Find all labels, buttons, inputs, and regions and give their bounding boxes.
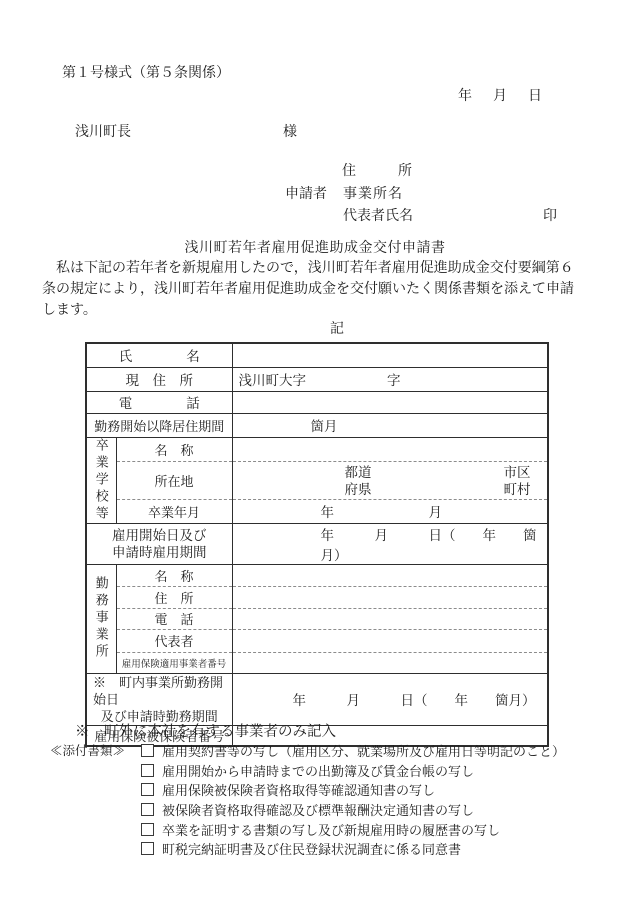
body-line: 条の規定により，浅川町若年者雇用促進助成金を交付願いたく関係書類を添えて申請 xyxy=(42,279,590,300)
date-month-label: 月 xyxy=(493,85,507,105)
representative-name-label: 代表者氏名 xyxy=(343,205,413,225)
town-office-start-label-cell: ※ 町内事業所勤務開始日 及び申請時勤務期間 xyxy=(86,673,232,725)
current-address-value-cell: 浅川町大字 字 xyxy=(232,367,548,391)
applicant-address-label: 住 所 xyxy=(342,160,412,180)
employment-start-label-cell: 雇用開始日及び 申請時雇用期間 xyxy=(86,523,232,564)
residence-period-label-cell: 勤務開始以降居住期間 xyxy=(86,413,232,437)
employment-start-label-line1: 雇用開始日及び xyxy=(87,527,232,544)
office-phone-label-cell: 電 話 xyxy=(116,608,232,629)
attachment-item-label: 卒業を証明する書類の写し及び新規雇用時の履歴書の写し xyxy=(162,820,500,839)
attachment-row: 町税完納証明書及び住民登録状況調査に係る同意書 xyxy=(50,839,565,859)
attachment-item-label: 被保険者資格取得確認及び標準報酬決定通知書の写し xyxy=(162,800,474,819)
attachments-heading: ≪添付書類≫ xyxy=(50,741,141,759)
insurance-office-number-value-cell xyxy=(232,652,548,673)
checkbox-icon[interactable] xyxy=(141,783,154,796)
addressee-honorific: 様 xyxy=(283,121,297,141)
applicant-line: 申請者 事業所名 xyxy=(285,183,403,203)
current-address-label-cell: 現 住 所 xyxy=(86,367,232,391)
body-line: します。 xyxy=(42,300,590,321)
office-representative-label-cell: 代表者 xyxy=(116,629,232,652)
school-location-label-cell: 所在地 xyxy=(116,461,232,500)
municipality-placeholder: 市区 町村 xyxy=(504,464,531,498)
attachment-item-label: 雇用開始から申請時までの出勤簿及び賃金台帳の写し xyxy=(162,761,474,780)
document-title: 浅川町若年者雇用促進助成金交付申請書 xyxy=(0,237,630,257)
checkbox-icon[interactable] xyxy=(141,823,154,836)
applicant-label: 申請者 xyxy=(285,183,327,203)
attachment-row: 被保険者資格取得確認及び標準報酬決定通知書の写し xyxy=(50,800,565,820)
application-form-page: 第１号様式（第５条関係） 年 月 日 浅川町長 様 住 所 申請者 事業所名 代… xyxy=(0,0,630,903)
graduation-date-value-cell: 年 月 xyxy=(232,500,548,523)
town-office-start-label-line1: ※ 町内事業所勤務開始日 xyxy=(87,674,232,708)
addressee-line: 浅川町長 様 xyxy=(75,121,297,141)
school-name-value-cell xyxy=(232,437,548,461)
outside-town-note: ※ 町外に本社を有する事業者のみ記入 xyxy=(75,720,336,741)
attachment-row: ≪添付書類≫ 雇用契約書等の写し（雇用区分、就業場所及び雇用日等明記のこと） xyxy=(50,741,565,761)
graduated-school-section-header: 卒業学校等 xyxy=(86,437,116,523)
form-number: 第１号様式（第５条関係） xyxy=(62,62,230,82)
office-address-label-cell: 住 所 xyxy=(116,586,232,608)
attachment-item-label: 雇用契約書等の写し（雇用区分、就業場所及び雇用日等明記のこと） xyxy=(162,741,565,760)
name-label-cell: 氏 名 xyxy=(86,343,232,367)
addressee-name: 浅川町長 xyxy=(75,121,131,141)
employment-start-label-line2: 申請時雇用期間 xyxy=(87,544,232,561)
date-year-label: 年 xyxy=(458,85,472,105)
attachment-row: 雇用保険被保険者資格取得等確認通知書の写し xyxy=(50,780,565,800)
attachment-row: 卒業を証明する書類の写し及び新規雇用時の履歴書の写し xyxy=(50,820,565,840)
name-value-cell xyxy=(232,343,548,367)
town-office-start-value-cell: 年 月 日（ 年 箇月） xyxy=(232,673,548,725)
school-name-label-cell: 名 称 xyxy=(116,437,232,461)
office-name-value-cell xyxy=(232,564,548,586)
phone-value-cell xyxy=(232,391,548,413)
attachment-item-label: 町税完納証明書及び住民登録状況調査に係る同意書 xyxy=(162,839,461,858)
checkbox-icon[interactable] xyxy=(141,842,154,855)
office-address-value-cell xyxy=(232,586,548,608)
graduation-date-label-cell: 卒業年月 xyxy=(116,500,232,523)
checkbox-icon[interactable] xyxy=(141,803,154,816)
school-location-value-cell: 都道 府県 市区 町村 xyxy=(232,461,548,500)
attachment-item-label: 雇用保険被保険者資格取得等確認通知書の写し xyxy=(162,780,435,799)
phone-label-cell: 電 話 xyxy=(86,391,232,413)
employment-start-value-cell: 年 月 日（ 年 箇月） xyxy=(232,523,548,564)
insurance-office-number-label-cell: 雇用保険適用事業者番号 xyxy=(116,652,232,673)
seal-mark: 印 xyxy=(543,205,557,225)
body-text: 私は下記の若年者を新規雇用したので，浅川町若年者雇用促進助成金交付要綱第６ 条の… xyxy=(42,258,590,321)
checkbox-icon[interactable] xyxy=(141,744,154,757)
office-representative-value-cell xyxy=(232,629,548,652)
application-table: 氏 名 現 住 所 浅川町大字 字 電 話 勤務開始以降居住期間 箇月 卒業学校… xyxy=(85,342,549,747)
checkbox-icon[interactable] xyxy=(141,764,154,777)
office-name-label-cell: 名 称 xyxy=(116,564,232,586)
date-line: 年 月 日 xyxy=(458,85,542,105)
date-day-label: 日 xyxy=(528,85,542,105)
prefecture-placeholder: 都道 府県 xyxy=(345,464,372,498)
attachment-row: 雇用開始から申請時までの出勤簿及び賃金台帳の写し xyxy=(50,761,565,781)
office-phone-value-cell xyxy=(232,608,548,629)
work-office-section-header: 勤務事業所 xyxy=(86,564,116,673)
attachments-list: ≪添付書類≫ 雇用契約書等の写し（雇用区分、就業場所及び雇用日等明記のこと） 雇… xyxy=(50,741,565,859)
ki-heading: 記 xyxy=(330,318,344,338)
residence-period-value-cell: 箇月 xyxy=(232,413,548,437)
business-name-label: 事業所名 xyxy=(343,183,403,203)
body-line: 私は下記の若年者を新規雇用したので，浅川町若年者雇用促進助成金交付要綱第６ xyxy=(42,258,590,279)
